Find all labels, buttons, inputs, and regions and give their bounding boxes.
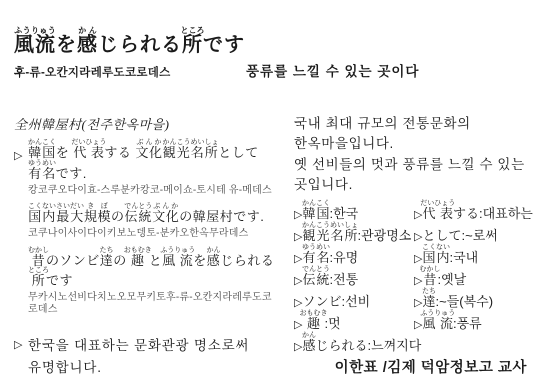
vocab-jp: 韓国かんこく (302, 206, 329, 221)
korean-translation-item: ▷ 한국을 대표하는 문화관광 명소로써 유명합니다. (14, 335, 278, 380)
vocab-entry: ▷感かんじられる:느껴지다 (294, 331, 533, 353)
vocab-ko: :한국 (329, 206, 358, 221)
vocab-ko: :~들(복수) (435, 294, 493, 309)
vocab-ko: :옛날 (437, 272, 466, 287)
vocab-ko: :국내 (449, 250, 478, 265)
right-column: 국내 최대 규모의 전통문화의 한옥마을입니다. 옛 선비들의 멋과 풍류를 느… (278, 114, 533, 379)
korean-transliteration: 코쿠나이사이다이키보노뎅토-분카오한옥무라데스 (28, 228, 278, 241)
vocab-entry: ▷伝統でんとう:전통 (294, 265, 414, 287)
vocab-ko: :멋 (324, 316, 340, 331)
vocab-entry: ▷国内こくない:국내 (414, 243, 533, 265)
title-translation: 풍류를 느낄 수 있는 곳이다 (246, 60, 419, 80)
content-columns: 全州韓屋村(전주한옥마을) ▷ 韓国かんこくを 代表だいひょうする 文化ぶんか観… (14, 114, 532, 379)
vocabulary-list: ▷韓国かんこく:한국 ▷代表だいひょうする:대표하는 ▷観光名所かんこうめいしょ… (294, 199, 533, 353)
vocab-jp: 有名ゆうめい (302, 250, 329, 265)
author-credit: 이한표 /김제 덕암정보고 교사 (294, 356, 533, 377)
vocab-ko: :~로써 (461, 228, 497, 243)
vocab-entry: ▷観光名所かんこうめいしょ:관광명소 (294, 221, 414, 243)
vocab-entry: ▷有名ゆうめい:유명 (294, 243, 414, 265)
lesson-page: 風流ふうりゅうを感かんじられる所ところです 후-류-오칸지라레루도코로데스 풍류… (0, 0, 540, 383)
vocab-jp: 昔むかし (422, 272, 437, 287)
left-column: 全州韓屋村(전주한옥마을) ▷ 韓国かんこくを 代表だいひょうする 文化ぶんか観… (14, 114, 278, 379)
vocab-jp: 風流ふうりゅう (422, 316, 453, 331)
vocab-ko: :대표하는 (479, 206, 533, 221)
village-heading: 全州韓屋村(전주한옥마을) (14, 114, 278, 133)
vocab-entry: ▷代表だいひょうする:대표하는 (414, 199, 533, 221)
vocab-jp: 伝統でんとう (302, 272, 329, 287)
vocab-ko: :풍류 (453, 316, 482, 331)
korean-translation-text: 한국을 대표하는 문화관광 명소로써 유명합니다. (28, 335, 278, 380)
vocab-jp: 国内こくない (422, 250, 449, 265)
vocab-entry: ▷昔むかし:옛날 (414, 265, 533, 287)
vocab-entry: ▷として:~로써 (414, 221, 533, 243)
korean-paragraph: 옛 선비들의 멋과 풍류를 느낄 수 있는 곳입니다. (294, 155, 533, 196)
vocab-entry: ▷風流ふうりゅう:풍류 (414, 309, 533, 331)
japanese-sentence: 昔むかしのソンビ達たちの趣おもむきと風流ふうりゅうを感かんじられる所ところです (28, 247, 278, 291)
vocab-entry: ▷ソンビ:선비 (294, 287, 414, 309)
vocab-jp: 感かんじられる (302, 338, 367, 353)
vocab-ko: :유명 (329, 250, 358, 265)
vocab-entry: ▷趣おもむき:멋 (294, 309, 414, 331)
korean-transliteration: 무카시노선비다치노오모무키토후-류-오칸지라레루도코로데스 (28, 292, 278, 317)
vocab-ko: :전통 (329, 272, 358, 287)
vocab-jp: として (422, 228, 461, 243)
vocab-jp: 代表だいひょうする (422, 206, 479, 221)
title-subtitle: 후-류-오칸지라레루도코로데스 풍류를 느낄 수 있는 곳이다 (14, 60, 532, 80)
vocab-ko: :선비 (341, 294, 370, 309)
vocab-jp: 趣おもむき (302, 316, 324, 331)
vocab-jp: 観光名所かんこうめいしょ (302, 228, 357, 243)
page-title: 風流ふうりゅうを感かんじられる所ところです (14, 26, 532, 56)
triangle-bullet-icon: ▷ (14, 139, 28, 323)
korean-paragraph: 국내 최대 규모의 전통문화의 한옥마을입니다. (294, 114, 533, 155)
japanese-sentence: 韓国かんこくを 代表だいひょうする 文化ぶんか観光名所かんこうめいしょとして有名… (28, 139, 278, 184)
vocab-ko: :관광명소 (357, 228, 411, 243)
korean-transliteration: 캉코쿠오다이효-스루분카캉코-메이쇼-토시테 유-메데스 (28, 185, 278, 198)
vocab-entry: ▷達たち:~들(복수) (414, 287, 533, 309)
japanese-sentence-body: 韓国かんこくを 代表だいひょうする 文化ぶんか観光名所かんこうめいしょとして有名… (28, 139, 278, 323)
japanese-sentence-item: ▷ 韓国かんこくを 代表だいひょうする 文化ぶんか観光名所かんこうめいしょとして… (14, 139, 278, 323)
title-transliteration: 후-류-오칸지라레루도코로데스 (14, 64, 246, 80)
vocab-jp: ソンビ (302, 294, 341, 309)
vocab-entry: ▷韓国かんこく:한국 (294, 199, 414, 221)
title-block: 風流ふうりゅうを感かんじられる所ところです 후-류-오칸지라레루도코로데스 풍류… (14, 26, 532, 80)
triangle-bullet-icon: ▷ (14, 335, 28, 380)
vocab-jp: 達たち (422, 294, 435, 309)
japanese-sentence: 国内最大こくないさいだい規模きぼの伝統でんとう文化ぶんかの韓屋村です. (28, 203, 278, 227)
vocab-ko: :느껴지다 (368, 338, 422, 353)
